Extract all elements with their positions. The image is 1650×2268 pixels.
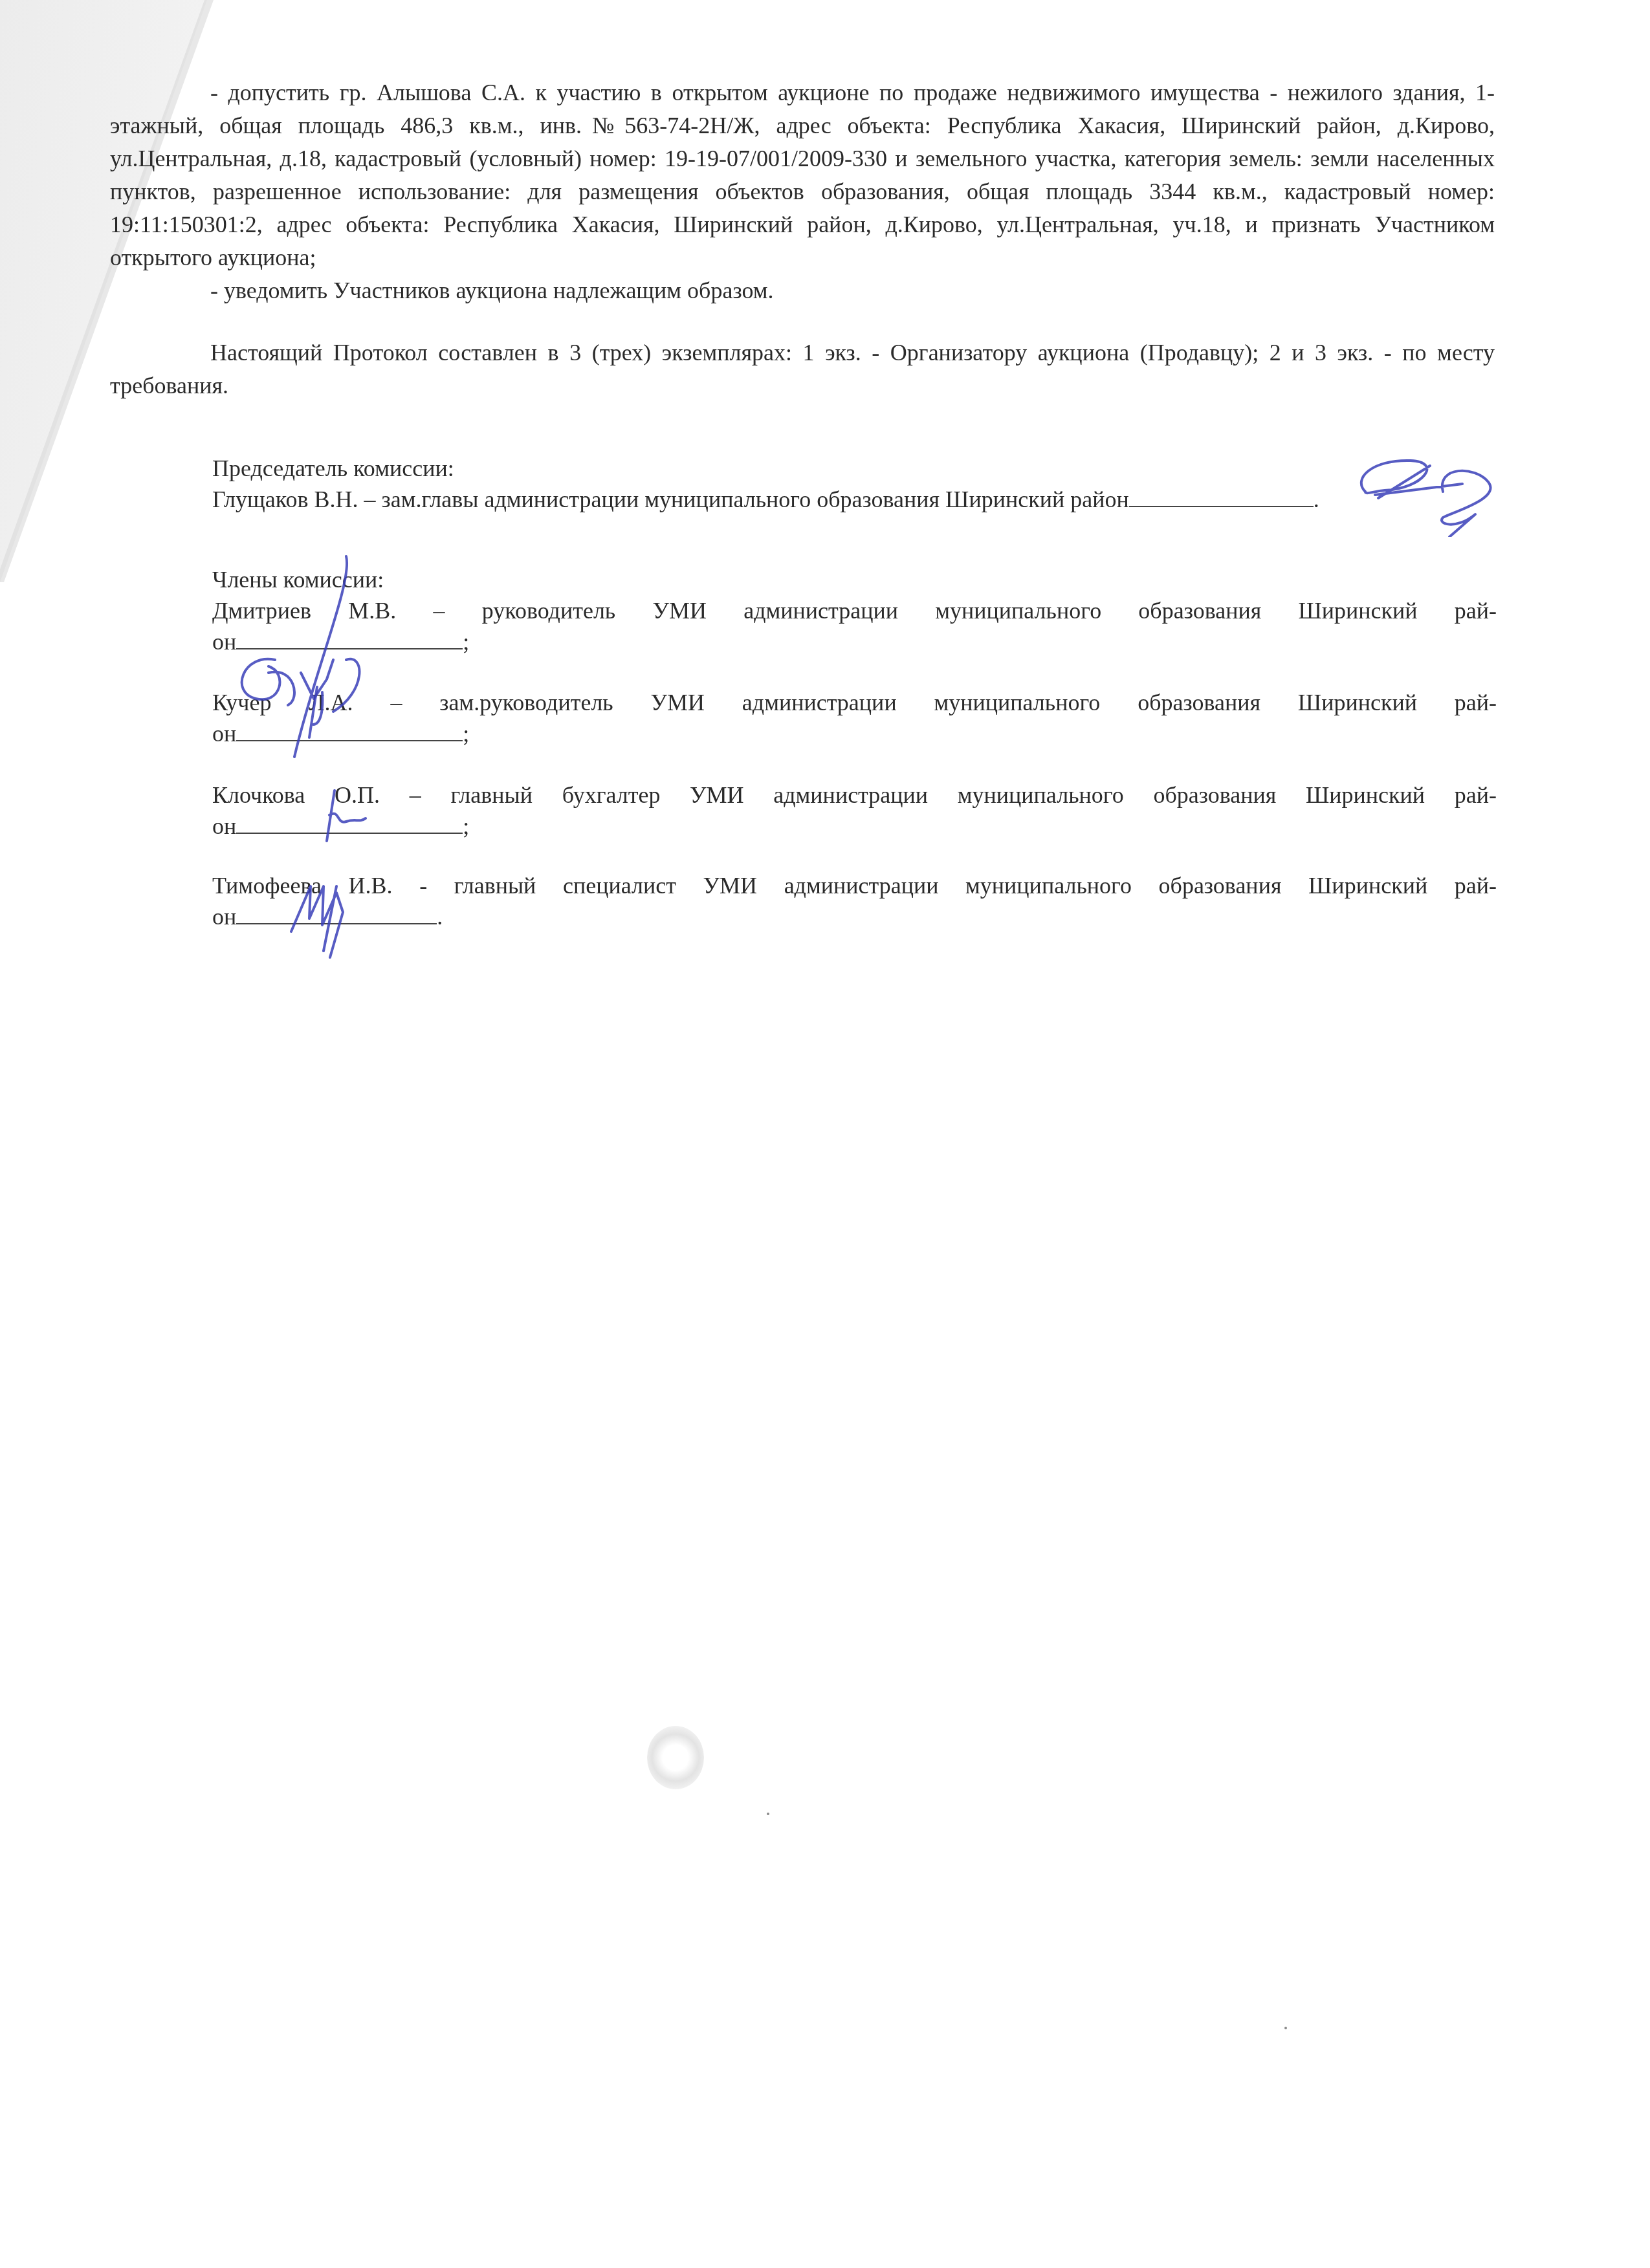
member-timofeeva: Тимофеева И.В. - главный специалист УМИ … — [212, 870, 1497, 932]
commission-chair-block: Председатель комиссии: Глущаков В.Н. – з… — [212, 453, 1497, 515]
commission-members-block: Члены комиссии: — [212, 564, 1497, 595]
members-heading: Члены комиссии: — [212, 564, 1497, 595]
member-signature-line — [236, 629, 463, 649]
document-body: - допустить гр. Алышова С.А. к участию в… — [110, 76, 1495, 402]
member-name: Клочкова О.П. — [212, 782, 380, 808]
chair-name: Глущаков В.Н. — [212, 486, 358, 512]
member-signature-line — [236, 813, 463, 834]
member-role: – руководитель УМИ администрации муницип… — [433, 598, 1497, 624]
member-role: - главный специалист УМИ администрации м… — [419, 873, 1497, 899]
scan-speck — [767, 1813, 769, 1815]
member-role: – главный бухгалтер УМИ администрации му… — [410, 782, 1497, 808]
paragraph-admit-participant: - допустить гр. Алышова С.А. к участию в… — [110, 76, 1495, 274]
paragraph-notify-participants: - уведомить Участников аукциона надлежащ… — [110, 274, 1495, 307]
member-name: Кучер Л.А. — [212, 690, 353, 715]
member-name: Дмитриев М.В. — [212, 598, 396, 624]
faint-stamp-mark — [647, 1726, 704, 1789]
chair-role: – зам.главы администрации муниципального… — [364, 486, 1128, 512]
scan-speck — [1284, 2027, 1287, 2029]
chair-signature-line — [1129, 486, 1314, 507]
chair-heading: Председатель комиссии: — [212, 453, 1497, 484]
member-name: Тимофеева И.В. — [212, 873, 393, 899]
member-signature-line — [236, 721, 463, 741]
member-role: – зам.руководитель УМИ администрации мун… — [390, 690, 1497, 715]
member-dmitriev: Дмитриев М.В. – руководитель УМИ админис… — [212, 595, 1497, 657]
member-klochkova: Клочкова О.П. – главный бухгалтер УМИ ад… — [212, 780, 1497, 842]
chair-line: Глущаков В.Н. – зам.главы администрации … — [212, 484, 1497, 515]
paragraph-copies: Настоящий Протокол составлен в 3 (трех) … — [110, 336, 1495, 402]
member-kucher: Кучер Л.А. – зам.руководитель УМИ админи… — [212, 687, 1497, 749]
member-signature-line — [236, 904, 437, 924]
